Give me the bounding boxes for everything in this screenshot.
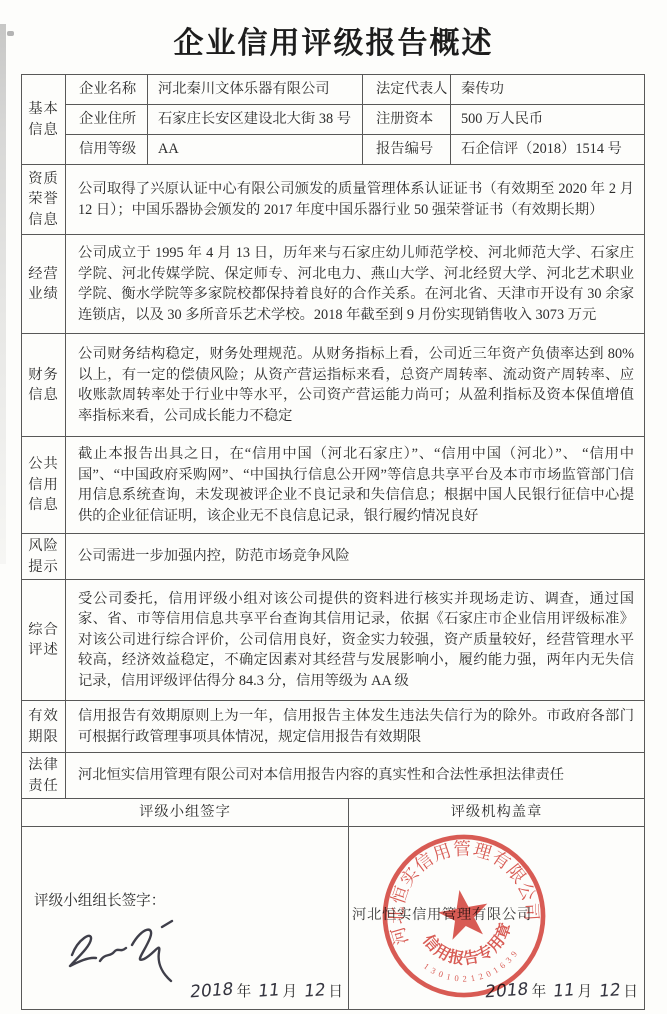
table-row: 风险 提示 公司需进一步加强内控，防范市场竞争风险: [22, 534, 645, 580]
section-label-legal-liability: 法律 责任: [22, 753, 66, 799]
section-content-business-performance: 公司成立于 1995 年 4 月 13 日，历年来与石家庄幼儿师范学校、河北师范…: [66, 235, 645, 334]
section-label-validity-period: 有效 期限: [22, 701, 66, 753]
value-credit-rating: AA: [148, 135, 363, 165]
value-report-number: 石企信评（2018）1514 号: [451, 135, 645, 165]
handwritten-month: 11: [257, 980, 281, 1002]
label-registered-capital: 注册资本: [363, 105, 451, 135]
table-row: 有效 期限 信用报告有效期原则上为一年，信用报告主体发生违法失信行为的除外。市政…: [22, 701, 645, 753]
value-legal-representative: 秦传功: [451, 75, 645, 105]
section-label-financial-info: 财务 信息: [22, 334, 66, 437]
report-title: 企业信用评级报告概述: [0, 26, 667, 62]
section-content-validity-period: 信用报告有效期原则上为一年，信用报告主体发生违法失信行为的除外。市政府各部门可根…: [66, 701, 645, 753]
section-content-legal-liability: 河北恒实信用管理有限公司对本信用报告内容的真实性和合法性承担法律责任: [66, 753, 645, 799]
header-rating-team-signature: 评级小组签字: [22, 799, 349, 827]
label-legal-representative: 法定代表人: [363, 75, 451, 105]
handwritten-day: 12: [598, 980, 622, 1002]
day-label: 日: [623, 984, 638, 1000]
rating-team-signature-cell: 评级小组组长签字： 2018年 11月 12日: [22, 827, 349, 1010]
header-rating-agency-seal: 评级机构盖章: [349, 799, 645, 827]
section-label-public-credit-info: 公共 信用 信息: [22, 437, 66, 534]
label-company-name: 企业名称: [66, 75, 148, 105]
table-row: 评级小组组长签字： 2018年 11月 12日 河北恒实信用管理有限公司: [22, 827, 645, 1010]
table-row: 资质 荣誉 信息 公司取得了兴原认证中心有限公司颁发的质量管理体系认证证书（有效…: [22, 165, 645, 235]
label-credit-rating: 信用等级: [66, 135, 148, 165]
signature-table: 评级小组签字 评级机构盖章 评级小组组长签字： 2018年 11月 12日: [21, 798, 645, 1010]
value-registered-capital: 500 万人民币: [451, 105, 645, 135]
rating-agency-seal-cell: 河北恒实信用管理有限公司 河北恒实信用管理有限公司 信用报告专用章: [349, 827, 645, 1010]
label-company-address: 企业住所: [66, 105, 148, 135]
table-row: 法律 责任 河北恒实信用管理有限公司对本信用报告内容的真实性和合法性承担法律责任: [22, 753, 645, 799]
company-seal-stamp: 河北恒实信用管理有限公司 信用报告专用章 1301021201639: [366, 818, 563, 1014]
month-label: 月: [282, 984, 297, 1000]
signature-date-left: 2018年 11月 12日: [187, 981, 343, 1003]
section-content-qualification-honors: 公司取得了兴原认证中心有限公司颁发的质量管理体系认证证书（有效期至 2020 年…: [66, 165, 645, 235]
table-row: 财务 信息 公司财务结构稳定，财务处理规范。从财务指标上看，公司近三年资产负债率…: [22, 334, 645, 437]
table-row: 企业住所 石家庄长安区建设北大街 38 号 注册资本 500 万人民币: [22, 105, 645, 135]
report-table: 基本 信息 企业名称 河北秦川文体乐器有限公司 法定代表人 秦传功 企业住所 石…: [21, 74, 645, 799]
value-company-address: 石家庄长安区建设北大街 38 号: [148, 105, 363, 135]
table-row: 公共 信用 信息 截止本报告出具之日，在“信用中国（河北石家庄）”、“信用中国（…: [22, 437, 645, 534]
month-label: 月: [577, 984, 592, 1000]
year-label: 年: [237, 984, 252, 1000]
section-content-comprehensive-review: 受公司委托，信用评级小组对该公司提供的资料进行核实并现场走访、调查，通过国家、省…: [66, 580, 645, 701]
table-row: 综合 评述 受公司委托，信用评级小组对该公司提供的资料进行核实并现场走访、调查，…: [22, 580, 645, 701]
section-content-public-credit-info: 截止本报告出具之日，在“信用中国（河北石家庄）”、“信用中国（河北）”、 “信用…: [66, 437, 645, 534]
label-report-number: 报告编号: [363, 135, 451, 165]
table-row: 评级小组签字 评级机构盖章: [22, 799, 645, 827]
section-content-financial-info: 公司财务结构稳定，财务处理规范。从财务指标上看，公司近三年资产负债率达到 80%…: [66, 334, 645, 437]
handwritten-day: 12: [303, 980, 327, 1002]
day-label: 日: [328, 984, 343, 1000]
section-label-comprehensive-review: 综合 评述: [22, 580, 66, 701]
table-row: 经营 业绩 公司成立于 1995 年 4 月 13 日，历年来与石家庄幼儿师范学…: [22, 235, 645, 334]
handwritten-year: 2018: [189, 979, 234, 1003]
scan-mark-artifact: [7, 31, 14, 36]
team-leader-signature-label: 评级小组组长签字：: [34, 891, 165, 912]
section-label-qualification-honors: 资质 荣誉 信息: [22, 165, 66, 235]
section-label-risk-warning: 风险 提示: [22, 534, 66, 580]
report-page: 企业信用评级报告概述 基本 信息 企业名称 河北秦川文体乐器有限公司 法定代表人…: [0, 26, 667, 1010]
table-row: 基本 信息 企业名称 河北秦川文体乐器有限公司 法定代表人 秦传功: [22, 75, 645, 105]
star-icon: [435, 886, 493, 942]
section-content-risk-warning: 公司需进一步加强内控，防范市场竞争风险: [66, 534, 645, 580]
scan-edge-artifact: [0, 24, 6, 564]
table-row: 信用等级 AA 报告编号 石企信评（2018）1514 号: [22, 135, 645, 165]
section-label-basic-info: 基本 信息: [22, 75, 66, 165]
section-label-business-performance: 经营 业绩: [22, 235, 66, 334]
value-company-name: 河北秦川文体乐器有限公司: [148, 75, 363, 105]
handwritten-signature: [58, 911, 208, 989]
